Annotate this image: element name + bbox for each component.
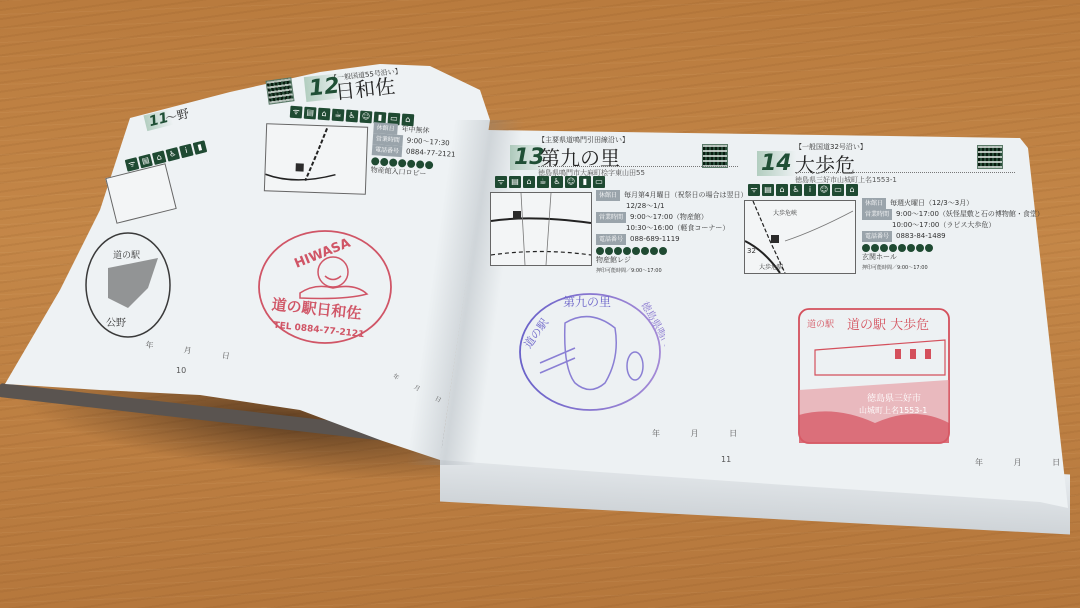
- svg-text:第九の里: 第九の里: [563, 294, 611, 309]
- entry-14-qr-code[interactable]: [978, 146, 1002, 168]
- bed-icon: ▭: [832, 184, 844, 196]
- entry-14-stamp: 道の駅 道の駅 大歩危 徳島県三好市 山城町上名1553-1: [795, 305, 955, 447]
- restaurant-icon: ⌂: [523, 176, 535, 188]
- info-icon: i: [804, 184, 816, 196]
- shop-icon: ▤: [509, 176, 521, 188]
- right-date-label-14: 年 月 日: [975, 457, 1074, 468]
- baby-icon: ☺: [818, 184, 830, 196]
- shop-icon: ▤: [762, 184, 774, 196]
- entry-12-qr-code[interactable]: [267, 78, 294, 103]
- baby-icon: ☺: [565, 176, 577, 188]
- cafe-icon: ☕: [537, 176, 549, 188]
- restaurant-icon: ⌂: [318, 108, 331, 121]
- entry-13-closed: 毎月第4月曜日（祝祭日の場合は翌日）: [624, 191, 747, 199]
- entry-11-stamp: 道の駅 公野: [78, 228, 178, 343]
- baby-icon: ☺: [360, 111, 373, 124]
- right-date-label-13: 年 月 日: [652, 428, 751, 439]
- svg-text:道の駅日和佐: 道の駅日和佐: [271, 295, 362, 322]
- entry-12-tel: 0884-77-2121: [406, 147, 456, 158]
- entry-14-info: 休館日毎週火曜日（12/3〜3月） 営業時間9:00〜17:00（妖怪屋敷と石の…: [862, 198, 1044, 274]
- entry-14-number: 14: [757, 151, 796, 176]
- entry-13-info: 休館日毎月第4月曜日（祝祭日の場合は翌日） 12/28〜1/1 営業時間9:00…: [596, 190, 747, 277]
- entry-12-closed: 年中無休: [401, 125, 429, 135]
- bed-icon: ▭: [593, 176, 605, 188]
- svg-text:大歩危峡: 大歩危峡: [773, 209, 797, 217]
- home-icon: ⌂: [846, 184, 858, 196]
- wifi-icon: ᯤ: [290, 106, 303, 119]
- svg-text:徳島県鳴門市: 徳島県鳴門市: [639, 299, 665, 357]
- ev-icon: ▮: [579, 176, 591, 188]
- entry-14-stamp-location: 玄関ホール: [862, 252, 1044, 263]
- entry-14-hours: 9:00〜17:00（妖怪屋敷と石の博物館・食堂）: [896, 210, 1044, 218]
- entry-13-hours: 9:00〜17:00（物産館）: [630, 213, 708, 221]
- entry-13-qr-code[interactable]: [703, 145, 727, 167]
- entry-13-stamp-location: 物産館レジ: [596, 255, 747, 266]
- entry-13-tel: 088-689-1119: [630, 235, 680, 243]
- entry-13-closed-2: 12/28〜1/1: [596, 201, 747, 212]
- stamp-place-badges: [596, 247, 747, 255]
- svg-text:道の駅 大歩危: 道の駅 大歩危: [847, 317, 929, 333]
- entry-12-info: 休館日年中無休 営業時間9:00〜17:30 電話番号0884-77-2121 …: [370, 122, 457, 182]
- stamp-place-badges: [862, 244, 1044, 252]
- entry-12-stamp: HIWASA 道の駅日和佐 TEL 0884-77-2121: [255, 228, 395, 346]
- wifi-icon: ᯤ: [748, 184, 760, 196]
- svg-text:道の駅: 道の駅: [113, 249, 140, 261]
- entry-14-facility-icons: ᯤ▤⌂♿i☺▭⌂: [748, 184, 858, 196]
- entry-14-stamp-hours: 押印可能時間／9:00〜17:00: [862, 263, 1044, 274]
- wifi-icon: ᯤ: [495, 176, 507, 188]
- entry-13-map: [490, 192, 592, 266]
- entry-12-map: [264, 123, 368, 195]
- svg-text:徳島県三好市: 徳島県三好市: [867, 392, 921, 404]
- svg-text:32: 32: [747, 247, 756, 255]
- entry-14-divider: [795, 172, 1015, 173]
- toilet-icon: ♿: [790, 184, 802, 196]
- svg-text:山城町上名1553-1: 山城町上名1553-1: [859, 405, 927, 415]
- entry-13-stamp-hours: 押印可能時間／9:00〜17:00: [596, 266, 747, 277]
- cafe-icon: ☕: [332, 109, 345, 122]
- entry-14-name: 大歩危: [795, 149, 855, 178]
- entry-12-hours: 9:00〜17:30: [407, 136, 450, 147]
- toilet-icon: ♿: [346, 110, 359, 123]
- shop-icon: ▤: [304, 107, 317, 120]
- svg-text:TEL 0884-77-2121: TEL 0884-77-2121: [273, 321, 365, 340]
- svg-text:大歩危駅: 大歩危駅: [759, 263, 783, 271]
- entry-13-stamp: 道の駅 第九の里 徳島県鳴門市: [515, 288, 665, 413]
- entry-13-divider: [538, 166, 738, 167]
- entry-13-hours-2: 10:30〜16:00（軽食コーナー）: [596, 223, 747, 234]
- entry-14-closed: 毎週火曜日（12/3〜3月）: [890, 199, 973, 207]
- left-page-number: 10: [176, 366, 186, 375]
- svg-text:道の駅: 道の駅: [807, 318, 834, 330]
- entry-14-tel: 0883-84-1489: [896, 232, 946, 240]
- entry-14-hours-2: 10:00〜17:00（ラピス大歩危）: [862, 220, 1044, 231]
- entry-13-facility-icons: ᯤ▤⌂☕♿☺▮▭: [495, 176, 605, 188]
- right-page-number: 11: [721, 455, 731, 464]
- entry-14-map: 大歩危峡 32 大歩危駅: [744, 200, 856, 274]
- svg-text:HIWASA: HIWASA: [292, 236, 352, 272]
- restaurant-icon: ⌂: [776, 184, 788, 196]
- svg-text:公野: 公野: [106, 317, 126, 329]
- toilet-icon: ♿: [551, 176, 563, 188]
- svg-text:道の駅: 道の駅: [522, 316, 552, 350]
